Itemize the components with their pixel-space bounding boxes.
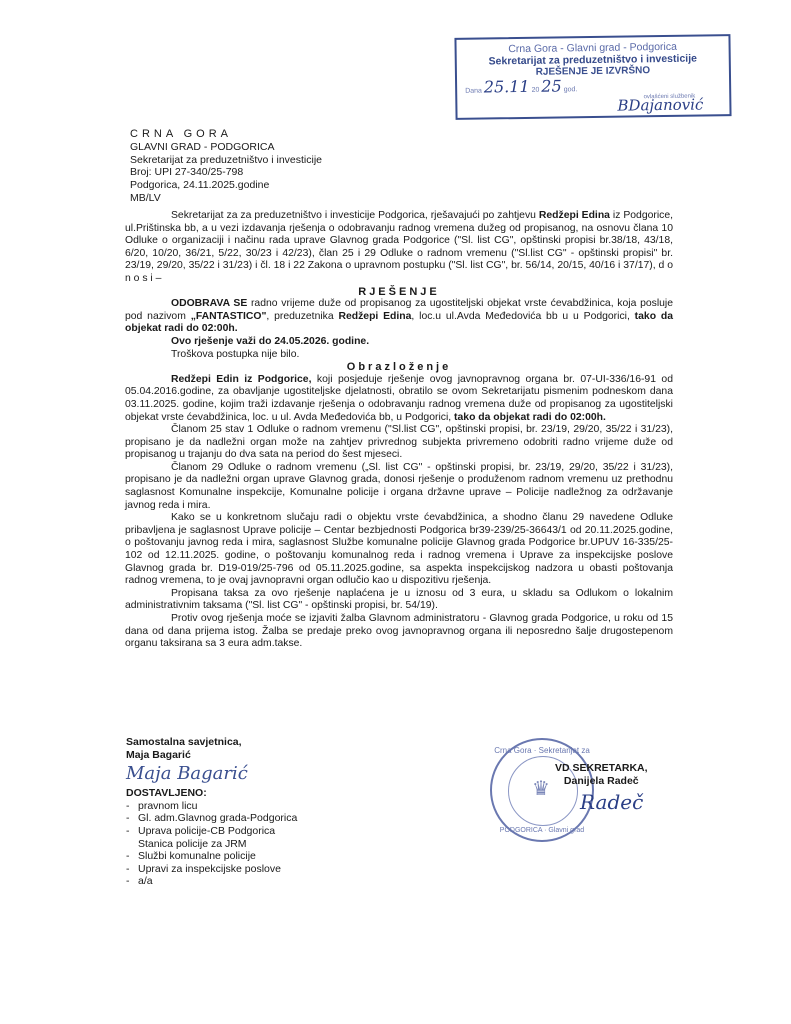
seal-top-text: Crna Gora · Sekretarijat za — [492, 746, 592, 755]
right-signatory: VD SEKRETARKA, Danijela Radeč — [555, 762, 648, 787]
delivered-item: a/a — [126, 875, 297, 888]
delivered-item: pravnom licu — [126, 800, 297, 813]
document-page: Crna Gora - Glavni grad - Podgorica Sekr… — [0, 0, 791, 1024]
delivered-list: pravnom licu Gl. adm.Glavnog grada-Podgo… — [126, 800, 297, 888]
document-header: CRNA GORA GLAVNI GRAD - PODGORICA Sekret… — [130, 128, 322, 205]
header-number: Broj: UPI 27-340/25-798 — [130, 166, 322, 179]
header-initials: MB/LV — [130, 192, 322, 205]
reasoning-paragraph-2: Članom 25 stav 1 Odluke o radnom vremenu… — [125, 424, 673, 462]
decision-owner: Redžepi Edina — [338, 311, 411, 322]
official-round-seal: Crna Gora · Sekretarijat za ♛ PODGORICA … — [490, 738, 594, 842]
decision-approve: ODOBRAVA SE — [171, 298, 247, 309]
decision-title: RJEŠENJE — [125, 286, 673, 299]
intro-text-2: iz Podgorice, ul.Prištinska bb, a u vezi… — [125, 210, 673, 284]
stamp-date-label: Dana — [465, 88, 482, 95]
reasoning-paragraph-4: Kako se u konkretnom slučaju radi o obje… — [125, 512, 673, 588]
stamp-year-prefix: 20 — [532, 87, 540, 94]
decision-business-name: „FANTASTICO" — [191, 311, 267, 322]
header-city: GLAVNI GRAD - PODGORICA — [130, 141, 322, 154]
coat-of-arms-icon: ♛ — [532, 776, 550, 801]
decision-text-2: , preduzetnika — [266, 311, 338, 322]
decision-paragraph: ODOBRAVA SE radno vrijeme duže od propis… — [125, 298, 673, 336]
stamp-year-suffix: god. — [564, 86, 578, 93]
delivered-item: Upravi za inspekcijske poslove — [126, 863, 297, 876]
right-signature: Radeč — [580, 790, 643, 814]
left-signatory-name: Maja Bagarić — [126, 749, 297, 762]
stamp-year-value: 25 — [541, 76, 562, 95]
reasoning-applicant: Redžepi Edin iz Podgorice, — [171, 374, 311, 385]
header-place-date: Podgorica, 24.11.2025.godine — [130, 179, 322, 192]
header-secretariat: Sekretarijat za preduzetništvo i investi… — [130, 154, 322, 167]
delivered-item: Gl. adm.Glavnog grada-Podgorica — [126, 812, 297, 825]
delivered-item: Službi komunalne policije — [126, 850, 297, 863]
reasoning-hours: tako da objekat radi do 02:00h. — [454, 412, 606, 423]
stamp-signature: BDajanović — [617, 98, 703, 111]
decision-text-3: , loc.u ul.Avda Međedovića bb u u Podgor… — [411, 311, 634, 322]
reasoning-paragraph-6: Protiv ovog rješenja moće se izjaviti ža… — [125, 613, 673, 651]
decision-costs: Troškova postupka nije bilo. — [125, 349, 673, 362]
reasoning-paragraph-1: Redžepi Edin iz Podgorice, koji posjeduj… — [125, 374, 673, 424]
document-body: Sekretarijat za za preduzetništvo i inve… — [125, 210, 673, 651]
left-signatory-title: Samostalna savjetnica, — [126, 736, 297, 749]
header-country: CRNA GORA — [130, 128, 322, 141]
reasoning-paragraph-5: Propisana taksa za ovo rješenje naplaćen… — [125, 588, 673, 613]
enforceability-stamp: Crna Gora - Glavni grad - Podgorica Sekr… — [454, 34, 731, 120]
intro-paragraph: Sekretarijat za za preduzetništvo i inve… — [125, 210, 673, 286]
decision-validity: Ovo rješenje važi do 24.05.2026. godine. — [125, 336, 673, 349]
stamp-date-value: 25.11 — [484, 77, 530, 97]
delivered-item: Stanica policije za JRM — [126, 838, 297, 851]
intro-text-1: Sekretarijat za za preduzetništvo i inve… — [171, 210, 539, 221]
reasoning-paragraph-3: Članom 29 Odluke o radnom vremenu („Sl. … — [125, 462, 673, 512]
left-signature: Maja Bagarić — [126, 761, 297, 787]
intro-applicant: Redžepi Edina — [539, 210, 610, 221]
seal-bottom-text: PODGORICA · Glavni grad — [492, 827, 592, 834]
right-signatory-title: VD SEKRETARKA, — [555, 762, 648, 775]
reasoning-title: Obrazloženje — [125, 361, 673, 374]
right-signatory-name: Danijela Radeč — [555, 775, 648, 788]
left-signatory: Samostalna savjetnica, Maja Bagarić Maja… — [126, 736, 297, 888]
delivered-title: DOSTAVLJENO: — [126, 787, 297, 800]
delivered-item: Uprava policije-CB Podgorica — [126, 825, 297, 838]
stamp-date: Dana 25.11 20 25 god. — [465, 80, 577, 98]
